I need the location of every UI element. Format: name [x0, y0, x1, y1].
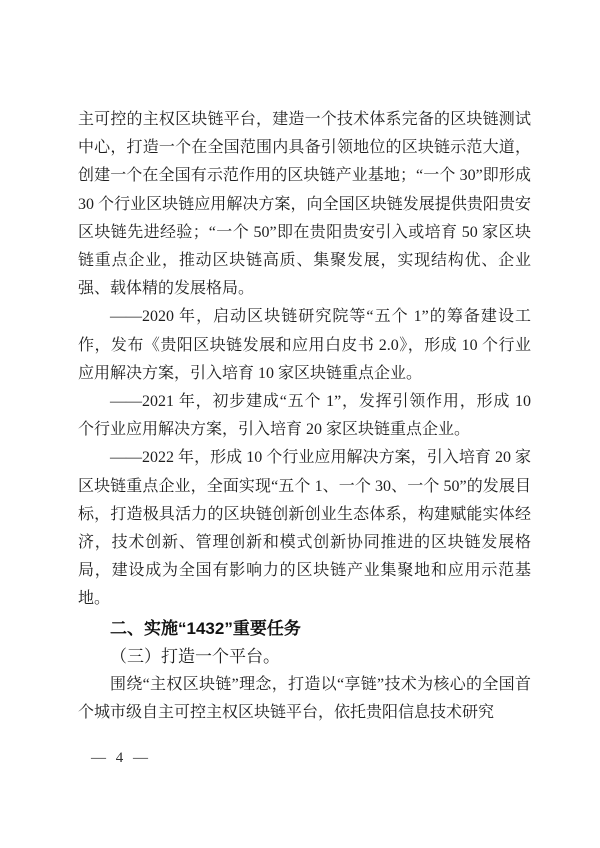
- paragraph-platform: 围绕“主权区块链”理念，打造以“享链”技术为核心的全国首个城市级自主可控主权区块…: [78, 671, 531, 727]
- document-body: 主可控的主权区块链平台，建造一个技术体系完备的区块链测试中心，打造一个在全国范围…: [78, 106, 531, 727]
- subsection-heading: （三）打造一个平台。: [78, 643, 531, 671]
- paragraph-2021-goal: ——2021 年，初步建成“五个 1”，发挥引领作用，形成 10 个行业应用解决…: [78, 388, 531, 444]
- section-heading: 二、实施“1432”重要任务: [78, 615, 531, 643]
- paragraph-2020-goal: ——2020 年，启动区块链研究院等“五个 1”的筹备建设工作，发布《贵阳区块链…: [78, 303, 531, 388]
- paragraph-continuation: 主可控的主权区块链平台，建造一个技术体系完备的区块链测试中心，打造一个在全国范围…: [78, 106, 531, 303]
- paragraph-2022-goal: ——2022 年，形成 10 个行业应用解决方案，引入培育 20 家区块链重点企…: [78, 444, 531, 613]
- page-number: — 4 —: [91, 750, 151, 767]
- document-page: 主可控的主权区块链平台，建造一个技术体系完备的区块链测试中心，打造一个在全国范围…: [0, 0, 600, 848]
